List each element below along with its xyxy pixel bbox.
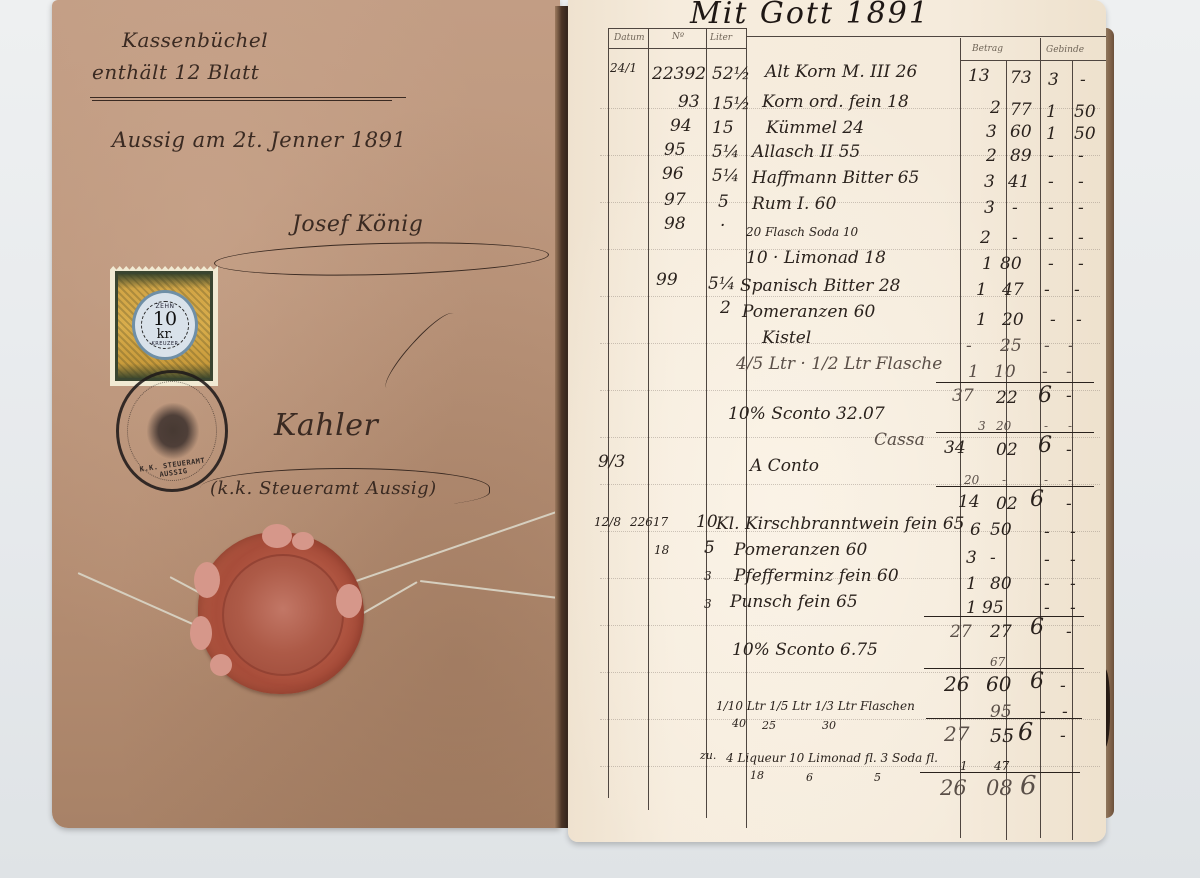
final-total-fl: 26 [940, 778, 967, 798]
stamp-unit: kr. [157, 328, 174, 341]
cell-betrag-kr: 77 [1010, 100, 1032, 120]
sum-rule [924, 616, 1084, 617]
stamp-bottom-text: KREUZER [151, 341, 178, 347]
cell-gebinde-fl: - [1044, 598, 1050, 618]
cell-liter: 10 [696, 512, 718, 532]
cell-nr: 93 [678, 92, 700, 112]
subtotal-gebinde-fl: 6 [1018, 722, 1033, 742]
cell-gebinde-kr: - [1070, 574, 1076, 594]
cell-gebinde-fl: 1 [1046, 102, 1057, 122]
cell-liter: 3 [704, 594, 712, 614]
column-header-nr: Nº [672, 32, 684, 42]
ruled-line [600, 437, 1100, 438]
cell-betrag-fl: 1 [966, 574, 977, 594]
cell-liter: 5¼ [712, 142, 739, 162]
cell-liter: 5¼ [708, 274, 735, 294]
cell-nr: 94 [670, 116, 692, 136]
bottles-sub-1: 40 [732, 714, 746, 734]
cell-gebinde-kr: - [1078, 146, 1084, 166]
cell-nr: 95 [664, 140, 686, 160]
cell-gebinde-fl: - [1048, 228, 1054, 248]
cell-gebinde-kr: - [1070, 522, 1076, 542]
cell-betrag-fl: 6 [970, 520, 981, 540]
bottles-gebinde-kr: - [1062, 702, 1068, 722]
subtotal-gebinde-kr: - [1066, 440, 1072, 460]
subtotal-kr: 02 [996, 440, 1018, 460]
bottles-sub-3: 30 [822, 716, 836, 736]
signature-flourish-icon [378, 306, 461, 395]
cell-betrag-kr: - [1012, 228, 1018, 248]
cover-place-date: Aussig am 2t. Jenner 1891 [112, 128, 406, 152]
eagle-emblem-icon [147, 403, 199, 459]
ledger-heading: Mit Gott 1891 [690, 0, 930, 31]
cell-datum: 12/8 [594, 512, 621, 532]
subtotal-gebinde-fl: 6 [1038, 386, 1052, 406]
subtotal-kr: 60 [986, 674, 1011, 694]
cell-description: 4/5 Ltr · 1/2 Ltr Flasche [736, 354, 942, 374]
subtotal-gebinde-kr: - [1066, 494, 1072, 514]
column-rule [648, 28, 649, 810]
subtotal-kr: 27 [990, 622, 1012, 642]
cell-description: Haffmann Bitter 65 [752, 168, 919, 188]
cell-betrag-kr: 80 [990, 574, 1012, 594]
header-rule [608, 48, 746, 49]
cell-nr: 22392 [652, 64, 706, 84]
stamp-top-text: ZEHN [156, 303, 175, 310]
cell-gebinde-kr: - [1078, 198, 1084, 218]
subtotal-kr: 55 [990, 726, 1014, 746]
subtotal-fl: 34 [944, 438, 966, 458]
cell-description: Kümmel 24 [766, 118, 864, 138]
cell-gebinde-kr: - [1074, 280, 1080, 300]
cell-gebinde-kr: - [1078, 254, 1084, 274]
cell-gebinde-kr: - [1070, 598, 1076, 618]
column-rule [706, 28, 707, 818]
returns-kr: 47 [994, 756, 1009, 776]
cell-liter: 5 [704, 538, 715, 558]
cell-gebinde-fl: - [1048, 254, 1054, 274]
subtotal-fl: 27 [944, 724, 969, 744]
cell-description: Allasch II 55 [752, 142, 860, 162]
cell-betrag-fl: 2 [990, 98, 1001, 118]
cell-description: 10 · Limonad 18 [746, 248, 886, 268]
cell-gebinde-fl: - [1048, 146, 1054, 166]
cell-betrag-kr: 60 [1010, 122, 1032, 142]
subtotal-gebinde-kr: - [1060, 676, 1066, 696]
signature-josef-koenig: Josef König [292, 212, 423, 237]
discount-description: 10% Sconto 6.75 [732, 640, 878, 660]
cell-gebinde-kr: - [1078, 172, 1084, 192]
cell-betrag-fl: - [966, 336, 972, 356]
cell-betrag-fl: 1 [968, 362, 979, 382]
cell-betrag-fl: 3 [984, 198, 995, 218]
column-rule [1072, 60, 1073, 840]
discount-description: 10% Sconto 32.07 [728, 404, 885, 424]
cell-description: 20 Flasch Soda 10 [746, 222, 858, 242]
cell-betrag-fl: 13 [968, 66, 990, 86]
cell-betrag-fl: 2 [986, 146, 997, 166]
cell-description: Alt Korn M. III 26 [765, 62, 917, 82]
subtotal-gebinde-kr: - [1060, 726, 1066, 746]
subtotal-gebinde-fl: 6 [1030, 490, 1044, 510]
cell-betrag-kr: 50 [990, 520, 1012, 540]
subtotal-gebinde-kr: - [1066, 386, 1072, 406]
sum-rule [926, 718, 1082, 719]
cell-betrag-fl: 1 [976, 310, 987, 330]
cell-betrag-kr: 41 [1008, 172, 1030, 192]
subtotal-fl: 27 [950, 622, 972, 642]
payment-gebinde-fl: - [1044, 470, 1048, 490]
cell-gebinde-fl: 3 [1048, 70, 1059, 90]
column-rule [608, 28, 609, 798]
cell-gebinde-kr: - [1078, 228, 1084, 248]
cell-betrag-fl: 1 [982, 254, 993, 274]
subtotal-fl: 37 [952, 386, 974, 406]
revenue-stamp-icon: ZEHN 10 kr. KREUZER [110, 266, 218, 386]
cell-liter: 2 [720, 298, 731, 318]
cell-gebinde-fl: - [1044, 550, 1050, 570]
cell-liter: · [720, 216, 725, 236]
subtotal-fl: 14 [958, 492, 980, 512]
sum-rule [936, 486, 1094, 487]
cell-nr: 97 [664, 190, 686, 210]
cover-title-line-2: enthält 12 Blatt [92, 60, 259, 84]
cell-gebinde-kr: - [1068, 336, 1074, 356]
final-total-kr: 08 [986, 778, 1013, 798]
cell-description: Spanisch Bitter 28 [740, 276, 900, 296]
cell-description: Rum I. 60 [752, 194, 836, 214]
payment-description: A Conto [750, 456, 819, 476]
cell-gebinde-fl: - [1044, 280, 1050, 300]
bottles-kr: 95 [990, 702, 1012, 722]
cell-liter: 52½ [712, 64, 750, 84]
signature-flourish-icon [214, 239, 550, 280]
subtotal-fl: 26 [944, 674, 969, 694]
header-rule [608, 28, 746, 29]
stamp-value: 10 [153, 310, 177, 328]
cell-betrag-kr: - [990, 548, 996, 568]
returns-sub-3: 5 [874, 768, 881, 788]
cell-gebinde-fl: - [1048, 198, 1054, 218]
postmark-icon: K.K. STEUERAMT AUSSIG [116, 370, 228, 492]
cassa-label: Cassa [874, 430, 925, 450]
ruled-line [600, 672, 1100, 673]
cell-liter: 3 [704, 566, 712, 586]
cell-datum: 9/3 [598, 452, 625, 472]
cell-gebinde-kr: - [1076, 310, 1082, 330]
cell-gebinde-kr: 50 [1074, 102, 1096, 122]
cover-underline [90, 97, 406, 98]
column-header-gebinde: Gebinde [1046, 45, 1084, 55]
cell-liter: 15 [712, 118, 734, 138]
sum-rule [920, 772, 1080, 773]
cell-description: Korn ord. fein 18 [762, 92, 909, 112]
bottles-gebinde-fl: - [1040, 702, 1046, 722]
ruled-line [600, 343, 1100, 344]
cell-gebinde-fl: - [1042, 362, 1048, 382]
discount-fl: 3 [978, 416, 986, 436]
cell-betrag-kr: 73 [1010, 68, 1032, 88]
cell-liter: 5 [718, 192, 729, 212]
cell-gebinde-fl: - [1048, 172, 1054, 192]
cell-description: Punsch fein 65 [730, 592, 858, 612]
sum-rule [936, 432, 1094, 433]
cell-betrag-fl: 3 [986, 122, 997, 142]
cell-betrag-kr: 10 [994, 362, 1016, 382]
cell-betrag-kr: 20 [1002, 310, 1024, 330]
cell-gebinde-kr: - [1080, 70, 1086, 90]
wax-seal-icon [198, 532, 364, 694]
cell-betrag-fl: 2 [980, 228, 991, 248]
cover-title-line-1: Kassenbüchel [122, 28, 268, 52]
payment-kr: - [1002, 470, 1006, 490]
cell-betrag-fl: 3 [966, 548, 977, 568]
cell-betrag-kr: 95 [982, 598, 1004, 618]
cell-description: Pfefferminz fein 60 [734, 566, 899, 586]
cell-gebinde-kr: 50 [1074, 124, 1096, 144]
ruled-line [600, 296, 1100, 297]
cell-betrag-kr: 47 [1002, 280, 1024, 300]
final-total-gebinde-fl: 6 [1020, 776, 1037, 796]
cell-description: Kl. Kirschbranntwein fein 65 [716, 514, 964, 534]
signature-official: Kahler [274, 408, 378, 443]
subtotal-gebinde-kr: - [1066, 622, 1072, 642]
discount-kr: 20 [996, 416, 1011, 436]
cell-nr: 22617 [630, 512, 668, 532]
cell-gebinde-fl: 1 [1046, 124, 1057, 144]
returns-prefix: zu. [700, 746, 716, 766]
bottles-sub-2: 25 [762, 716, 776, 736]
cell-description: Pomeranzen 60 [742, 302, 875, 322]
cell-nr: 18 [654, 540, 669, 560]
ruled-line [600, 625, 1100, 626]
cell-description: Kistel [762, 328, 811, 348]
column-header-liter: Liter [710, 33, 732, 43]
cell-betrag-kr: - [1012, 198, 1018, 218]
cell-betrag-fl: 1 [976, 280, 987, 300]
subtotal-gebinde-fl: 6 [1030, 618, 1044, 638]
cell-description: Pomeranzen 60 [734, 540, 867, 560]
cell-betrag-fl: 3 [984, 172, 995, 192]
subtotal-kr: 02 [996, 494, 1018, 514]
cell-gebinde-fl: - [1044, 574, 1050, 594]
ruled-line [600, 484, 1100, 485]
returns-sub-2: 6 [806, 768, 813, 788]
sum-rule [936, 382, 1094, 383]
cell-betrag-kr: 25 [1000, 336, 1022, 356]
cell-nr: 98 [664, 214, 686, 234]
ruled-line [600, 390, 1100, 391]
subtotal-kr: 22 [996, 388, 1018, 408]
cell-gebinde-fl: - [1050, 310, 1056, 330]
payment-gebinde-kr: - [1068, 470, 1072, 490]
discount-gebinde-kr: - [1068, 416, 1072, 436]
header-rule [746, 36, 1106, 37]
cell-betrag-kr: 89 [1010, 146, 1032, 166]
cell-gebinde-kr: - [1066, 362, 1072, 382]
cell-gebinde-kr: - [1070, 550, 1076, 570]
cell-nr: 96 [662, 164, 684, 184]
subtotal-gebinde-fl: 6 [1038, 436, 1052, 456]
column-header-betrag: Betrag [972, 44, 1003, 54]
cell-gebinde-fl: - [1044, 336, 1050, 356]
cell-datum: 24/1 [610, 58, 637, 78]
cell-nr: 99 [656, 270, 678, 290]
signature-office: (k.k. Steueramt Aussig) [210, 478, 437, 499]
header-rule [960, 60, 1106, 61]
cell-betrag-fl: 1 [966, 598, 977, 618]
bottles-description: 1/10 Ltr 1/5 Ltr 1/3 Ltr Flaschen [716, 696, 915, 716]
discount-kr: 67 [990, 652, 1005, 672]
cell-liter: 5¼ [712, 166, 739, 186]
cover-underline-2 [92, 100, 392, 101]
column-header-datum: Datum [614, 33, 645, 43]
sum-rule [924, 668, 1084, 669]
returns-sub-1: 18 [750, 766, 764, 786]
subtotal-gebinde-fl: 6 [1030, 672, 1044, 692]
cell-betrag-kr: 80 [1000, 254, 1022, 274]
payment-fl: 20 [964, 470, 979, 490]
returns-fl: 1 [960, 756, 968, 776]
cell-gebinde-fl: - [1044, 522, 1050, 542]
returns-description: 4 Liqueur 10 Limonad fl. 3 Soda fl. [726, 748, 938, 768]
cell-liter: 15½ [712, 94, 750, 114]
